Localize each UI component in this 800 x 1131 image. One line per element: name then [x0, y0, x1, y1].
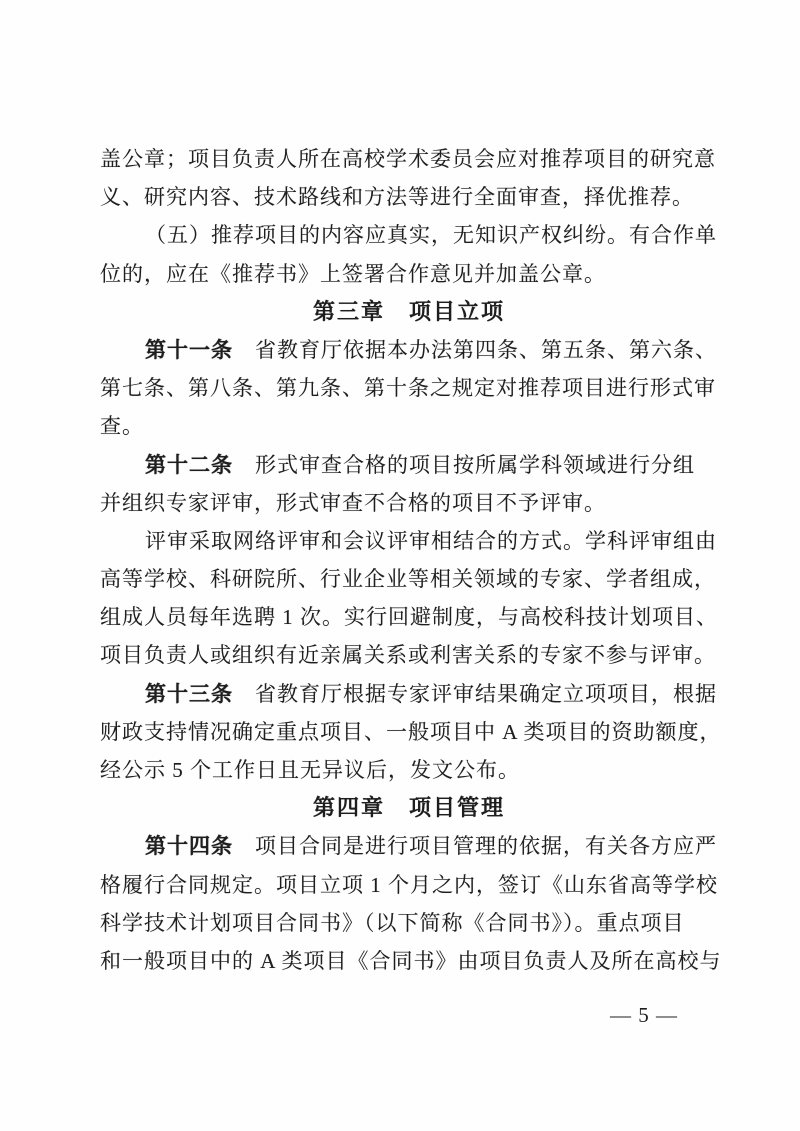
text-line-article-12: 第十二条 形式审查合格的项目按所属学科领域进行分组 — [100, 446, 718, 484]
text-line: 义、研究内容、技术路线和方法等进行全面审查，择优推荐。 — [100, 178, 718, 216]
article-text: 省教育厅依据本办法第四条、第五条、第六条、 — [233, 338, 717, 362]
text-line: 经公示 5 个工作日且无异议后，发文公布。 — [100, 751, 718, 789]
chapter-heading-3: 第三章 项目立项 — [100, 293, 718, 331]
text-line: 财政支持情况确定重点项目、一般项目中 A 类项目的资助额度， — [100, 713, 718, 751]
text-line: 和一般项目中的 A 类项目《合同书》由项目负责人及所在高校与 — [100, 942, 718, 980]
text-line-article-11: 第十一条 省教育厅依据本办法第四条、第五条、第六条、 — [100, 331, 718, 369]
article-number-label: 第十二条 — [145, 453, 233, 477]
text-line: 位的，应在《推荐书》上签署合作意见并加盖公章。 — [100, 255, 718, 293]
text-line: （五）推荐项目的内容应真实，无知识产权纠纷。有合作单 — [100, 216, 718, 254]
text-line-article-14: 第十四条 项目合同是进行项目管理的依据，有关各方应严 — [100, 827, 718, 865]
text-line: 项目负责人或组织有近亲属关系或利害关系的专家不参与评审。 — [100, 636, 718, 674]
article-text: 项目合同是进行项目管理的依据，有关各方应严 — [233, 834, 717, 858]
text-line: 查。 — [100, 407, 718, 445]
document-page: 盖公章；项目负责人所在高校学术委员会应对推荐项目的研究意 义、研究内容、技术路线… — [0, 0, 800, 1131]
page-number: — 5 — — [0, 1000, 800, 1030]
text-line: 并组织专家评审，形式审查不合格的项目不予评审。 — [100, 484, 718, 522]
article-number-label: 第十三条 — [145, 682, 233, 706]
text-line: 盖公章；项目负责人所在高校学术委员会应对推荐项目的研究意 — [100, 140, 718, 178]
text-line: 评审采取网络评审和会议评审相结合的方式。学科评审组由 — [100, 522, 718, 560]
article-number-label: 第十一条 — [145, 338, 233, 362]
text-line: 组成人员每年选聘 1 次。实行回避制度，与高校科技计划项目、 — [100, 598, 718, 636]
text-line: 格履行合同规定。项目立项 1 个月之内，签订《山东省高等学校 — [100, 866, 718, 904]
text-line: 高等学校、科研院所、行业企业等相关领域的专家、学者组成， — [100, 560, 718, 598]
document-text-block: 盖公章；项目负责人所在高校学术委员会应对推荐项目的研究意 义、研究内容、技术路线… — [100, 140, 718, 980]
article-text: 形式审查合格的项目按所属学科领域进行分组 — [233, 453, 695, 477]
text-line: 科学技术计划项目合同书》（以下简称《合同书》）。重点项目 — [100, 904, 718, 942]
text-line: 第七条、第八条、第九条、第十条之规定对推荐项目进行形式审 — [100, 369, 718, 407]
article-text: 省教育厅根据专家评审结果确定立项项目，根据 — [233, 682, 717, 706]
chapter-heading-4: 第四章 项目管理 — [100, 789, 718, 827]
article-number-label: 第十四条 — [145, 834, 233, 858]
text-line-article-13: 第十三条 省教育厅根据专家评审结果确定立项项目，根据 — [100, 675, 718, 713]
